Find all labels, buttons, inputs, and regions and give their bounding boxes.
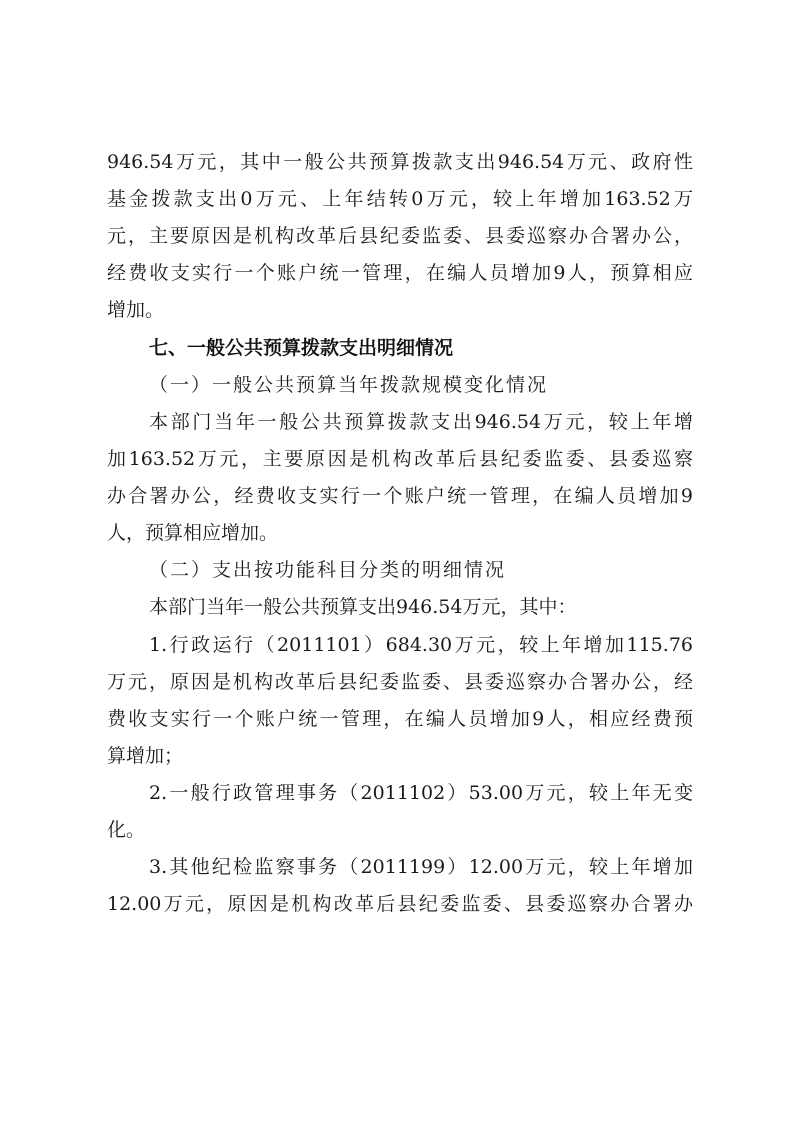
- paragraph-line: 办合署办公，经费收支实行一个账户统一管理，在编人员增加9: [107, 483, 693, 509]
- list-item-line: 算增加；: [107, 743, 693, 769]
- paragraph-line: 基金拨款支出0万元、上年结转0万元，较上年增加163.52万: [107, 186, 693, 212]
- subsection-heading: （一）一般公共预算当年拨款规模变化情况: [149, 372, 693, 398]
- list-item-line: 3.其他纪检监察事务（2011199）12.00万元，较上年增加: [149, 854, 693, 880]
- list-item-line: 12.00万元，原因是机构改革后县纪委监委、县委巡察办合署办: [107, 891, 693, 917]
- paragraph-line: 946.54万元，其中一般公共预算拨款支出946.54万元、政府性: [107, 149, 693, 175]
- paragraph-line: 加163.52万元，主要原因是机构改革后县纪委监委、县委巡察: [107, 446, 693, 472]
- paragraph-line: 经费收支实行一个账户统一管理，在编人员增加9人，预算相应: [107, 260, 693, 286]
- paragraph-line: 元，主要原因是机构改革后县纪委监委、县委巡察办合署办公，: [107, 223, 693, 249]
- list-item-line: 化。: [107, 817, 693, 843]
- paragraph-line: 增加。: [107, 297, 693, 323]
- paragraph-line: 本部门当年一般公共预算支出946.54万元，其中：: [149, 594, 693, 620]
- paragraph-line: 本部门当年一般公共预算拨款支出946.54万元，较上年增: [149, 409, 693, 435]
- document-page: 946.54万元，其中一般公共预算拨款支出946.54万元、政府性 基金拨款支出…: [0, 0, 792, 1121]
- list-item-line: 2.一般行政管理事务（2011102）53.00万元，较上年无变: [149, 780, 693, 806]
- list-item-line: 1.行政运行（2011101）684.30万元，较上年增加115.76: [149, 632, 693, 658]
- section-heading: 七、一般公共预算拨款支出明细情况: [149, 335, 693, 361]
- subsection-heading: （二）支出按功能科目分类的明细情况: [149, 557, 693, 583]
- list-item-line: 费收支实行一个账户统一管理，在编人员增加9人，相应经费预: [107, 706, 693, 732]
- paragraph-line: 人，预算相应增加。: [107, 520, 693, 546]
- list-item-line: 万元，原因是机构改革后县纪委监委、县委巡察办合署办公，经: [107, 669, 693, 695]
